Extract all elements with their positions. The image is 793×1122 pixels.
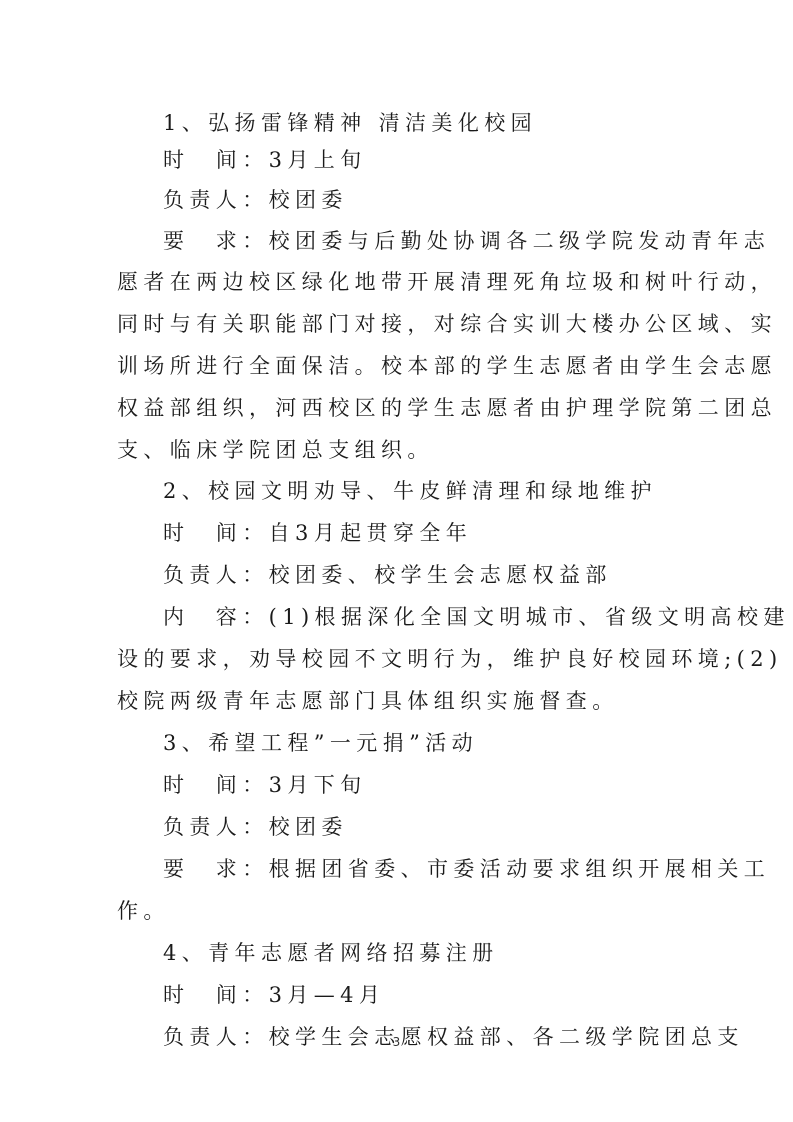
section-3-time: 时 间：3月下旬 bbox=[163, 773, 733, 797]
section-3-owner: 负责人：校团委 bbox=[163, 815, 733, 839]
section-1-requirement-cont: 训场所进行全面保洁。校本部的学生志愿者由学生会志愿 bbox=[117, 354, 687, 378]
section-1-requirement-cont: 支、临床学院团总支组织。 bbox=[117, 438, 687, 462]
section-1-requirement: 要 求：校团委与后勤处协调各二级学院发动青年志 bbox=[163, 229, 733, 253]
section-1-heading: 1、弘扬雷锋精神 清洁美化校园 bbox=[163, 111, 733, 135]
section-3-heading: 3、希望工程”一元捐”活动 bbox=[163, 731, 733, 755]
page-number: 3 bbox=[0, 1035, 793, 1049]
section-1-time: 时 间：3月上旬 bbox=[163, 148, 733, 172]
section-2-content: 内 容：(1)根据深化全国文明城市、省级文明高校建 bbox=[163, 605, 733, 629]
section-2-owner: 负责人：校团委、校学生会志愿权益部 bbox=[163, 563, 733, 587]
section-1-requirement-cont: 愿者在两边校区绿化地带开展清理死角垃圾和树叶行动， bbox=[117, 270, 687, 294]
section-2-time: 时 间：自3月起贯穿全年 bbox=[163, 521, 733, 545]
section-2-content-cont: 校院两级青年志愿部门具体组织实施督查。 bbox=[117, 689, 687, 713]
section-4-time: 时 间：3月—4月 bbox=[163, 983, 733, 1007]
section-2-heading: 2、校园文明劝导、牛皮鲜清理和绿地维护 bbox=[163, 479, 733, 503]
section-1-requirement-cont: 同时与有关职能部门对接，对综合实训大楼办公区域、实 bbox=[117, 312, 687, 336]
section-1-owner: 负责人：校团委 bbox=[163, 188, 733, 212]
section-4-heading: 4、青年志愿者网络招募注册 bbox=[163, 941, 733, 965]
document-page: 1、弘扬雷锋精神 清洁美化校园 时 间：3月上旬 负责人：校团委 要 求：校团委… bbox=[0, 0, 793, 1122]
section-1-requirement-cont: 权益部组织，河西校区的学生志愿者由护理学院第二团总 bbox=[117, 396, 687, 420]
section-2-content-cont: 设的要求，劝导校园不文明行为，维护良好校园环境;(2) bbox=[117, 647, 687, 671]
section-3-requirement-cont: 作。 bbox=[117, 899, 687, 923]
section-3-requirement: 要 求：根据团省委、市委活动要求组织开展相关工 bbox=[163, 857, 733, 881]
